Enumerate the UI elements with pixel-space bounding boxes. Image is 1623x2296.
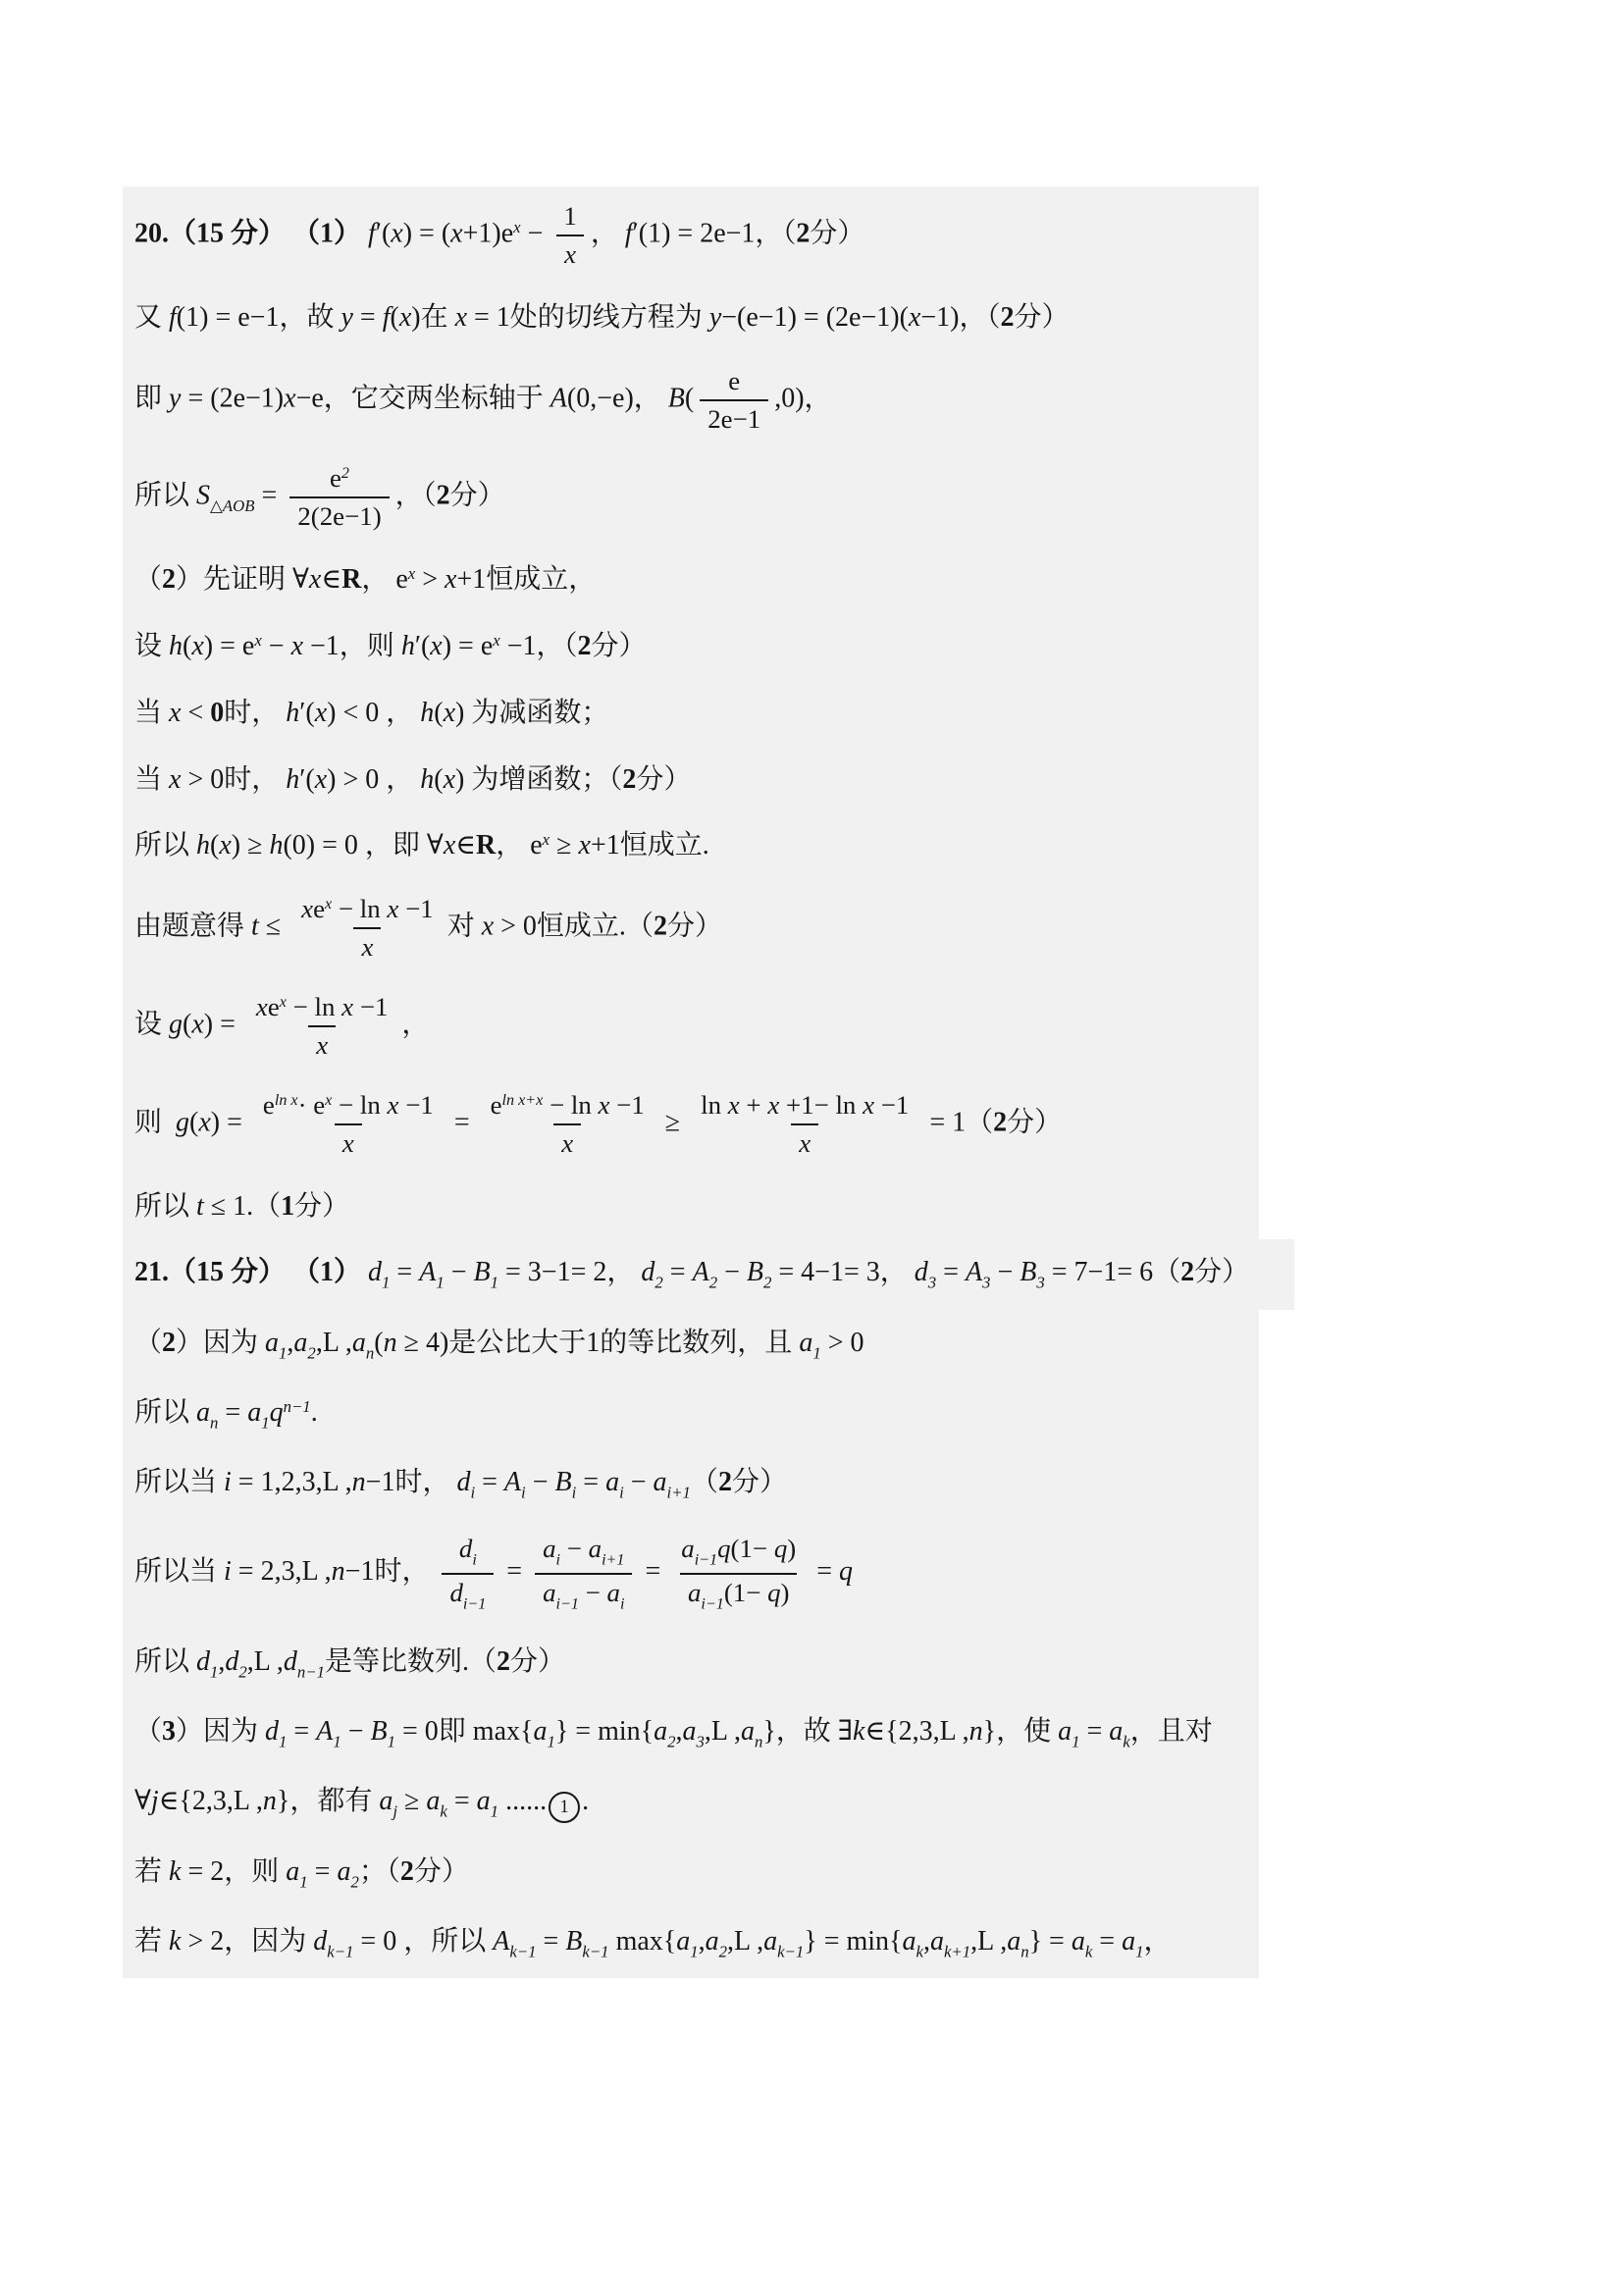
q21-part2-given: （2）因为 a1,a2,L ,an(n ≥ 4)是公比大于1的等比数列，且 a1… [123, 1310, 1259, 1380]
math-text: ,L , [316, 1328, 352, 1358]
math-text: n [352, 1467, 366, 1497]
math-text: a [930, 1926, 944, 1957]
math-text: x [493, 631, 499, 650]
math-text: j [151, 1786, 159, 1816]
math-text: 2 [400, 1856, 414, 1887]
math-text [661, 383, 668, 413]
math-text: 2 [718, 1467, 732, 1497]
math-text: x [767, 1090, 779, 1120]
math-text: （1） [292, 1257, 361, 1287]
math-text: ) 为增函数；（ [455, 764, 622, 795]
math-text: （ [134, 1716, 162, 1747]
math-text: 2 [622, 764, 636, 795]
math-text: t [251, 912, 259, 942]
math-text: 1 [261, 1413, 269, 1432]
math-text: B [747, 1257, 763, 1287]
math-text: ；（ [359, 1856, 400, 1887]
math-text: ( [390, 302, 398, 333]
math-text: a [533, 1716, 547, 1747]
math-text: ， [1143, 1926, 1171, 1957]
math-text: ≥ 4)是公比大于1的等比数列，且 [397, 1328, 800, 1358]
math-text: ( [685, 383, 694, 413]
math-text: a [1007, 1926, 1021, 1957]
math-text: − [521, 218, 550, 248]
math-text: x [342, 1128, 354, 1158]
math-text: ， e [496, 830, 542, 861]
math-text: 2 [796, 218, 810, 248]
math-text: = 4−1= 3， [771, 1257, 914, 1287]
math-text: ，且对 [1130, 1716, 1213, 1747]
math-text: a [654, 1716, 667, 1747]
math-text: . [582, 1786, 589, 1816]
math-text: > 2，因为 [181, 1926, 313, 1957]
math-text: B [565, 1926, 582, 1957]
math-text: − [624, 1467, 654, 1497]
math-text [361, 218, 368, 248]
math-text: ) 为减函数； [455, 698, 608, 728]
math-text: A [504, 1467, 521, 1497]
math-text: a [654, 1467, 667, 1497]
math-text: d [265, 1716, 279, 1747]
math-text: 1 [491, 1274, 498, 1292]
q20-h-minimum: 所以 h(x) ≥ h(0) = 0 ，即 ∀x∈R， ex ≥ x+1恒成立. [123, 812, 1259, 879]
math-text: a [589, 1534, 602, 1563]
math-text: ,L , [705, 1716, 741, 1747]
math-text: −1 [353, 992, 388, 1021]
math-text: A [493, 1926, 509, 1957]
math-text: )在 [411, 302, 454, 333]
math-text: ,L , [970, 1926, 1007, 1957]
math-text: A [316, 1716, 333, 1747]
q21-part3-setup: （3）因为 d1 = A1 − B1 = 0即 max{a1} = min{a2… [123, 1698, 1259, 1768]
math-text: 2 [350, 1872, 358, 1891]
math-text: (1− [724, 1578, 767, 1607]
math-text: ) = e [443, 631, 494, 661]
math-text: x [444, 764, 455, 795]
math-text: i+1 [667, 1484, 691, 1502]
math-text: = [447, 1107, 477, 1137]
math-text: 分） [294, 1191, 349, 1222]
math-text: − [526, 1467, 555, 1497]
math-text: f [625, 218, 633, 248]
math-text: g [176, 1107, 189, 1137]
math-text: 1 [491, 1802, 498, 1821]
math-text: 1 [690, 1942, 698, 1960]
math-text: 所以 [134, 481, 196, 511]
math-text: − [990, 1257, 1020, 1287]
math-text: 2 [1180, 1257, 1194, 1287]
math-text: q [717, 1534, 730, 1563]
fraction: didi−1 [442, 1534, 494, 1614]
math-text: x [455, 302, 467, 333]
math-text: 分） [667, 912, 722, 942]
math-text: 所以当 [134, 1557, 224, 1588]
math-text: x [444, 830, 455, 861]
math-text: − ln [332, 894, 387, 923]
math-text: k−1 [327, 1942, 353, 1960]
math-text: ′( [299, 764, 314, 795]
math-text: n [263, 1786, 277, 1816]
math-text: a [337, 1856, 350, 1887]
q20-header-part1: 20.（15 分） （1） f′(x) = (x+1)ex − 1x， f′(1… [123, 186, 1259, 285]
math-text: d [368, 1257, 382, 1287]
math-text: x [728, 1090, 740, 1120]
math-text: > 0恒成立.（ [494, 912, 654, 942]
math-text: ( [434, 764, 443, 795]
math-text: 2 [341, 466, 349, 483]
q21-geometric-conclusion: 所以 d1,d2,L ,dn−1是等比数列.（2分） [123, 1629, 1259, 1698]
math-text: max{ [609, 1926, 677, 1957]
math-text: 1 [436, 1274, 444, 1292]
math-text: ∈ [455, 830, 476, 861]
math-text: . [311, 1397, 318, 1428]
math-text: 2 [709, 1274, 717, 1292]
math-text: ， [401, 1009, 429, 1039]
math-text: k−1 [777, 1942, 804, 1960]
math-text: x [561, 1128, 573, 1158]
math-text: x [341, 992, 353, 1021]
fraction: ln x + x +1− ln x −1x [693, 1090, 916, 1159]
math-text: 是等比数列.（ [325, 1646, 497, 1677]
math-text: } = [1029, 1926, 1072, 1957]
math-text: n [332, 1557, 345, 1588]
math-text: = [499, 1557, 529, 1588]
q21-header-part1: 21.（15 分） （1） d1 = A1 − B1 = 3−1= 2， d2 … [123, 1239, 1294, 1309]
math-text: x [316, 1030, 328, 1060]
math-text: y [709, 302, 721, 333]
fraction: 1x [555, 201, 584, 270]
math-text: ) < 0 ， [327, 698, 420, 728]
circled-number: 1 [549, 1792, 580, 1823]
math-text: S [196, 481, 210, 511]
math-text: A [419, 1257, 436, 1287]
math-text: 1 [547, 1733, 554, 1751]
math-text: − [262, 631, 291, 661]
math-text: +1恒成立， [456, 564, 596, 595]
math-text: ,0)， [774, 383, 831, 413]
math-text: 分） [810, 218, 864, 248]
math-text: ∈{2,3,L , [864, 1716, 969, 1747]
math-text: = 1处的切线方程为 [467, 302, 709, 333]
math-text: x [256, 992, 268, 1021]
math-text: −1)，（ [920, 302, 1000, 333]
math-text: f [368, 218, 376, 248]
math-text: f [169, 302, 177, 333]
math-text: 所以当 [134, 1467, 224, 1497]
math-text: ≤ [259, 912, 288, 942]
math-text: ， e [361, 564, 407, 595]
math-text: = [353, 302, 383, 333]
math-text: k [916, 1942, 923, 1960]
math-text: 1 [1072, 1733, 1079, 1751]
math-text: 由题意得 [134, 912, 251, 942]
math-text: ) = ( [403, 218, 450, 248]
math-text: （1） [292, 218, 361, 248]
math-text: h [169, 631, 183, 661]
math-text: h [401, 631, 415, 661]
math-text: a [293, 1328, 307, 1358]
math-text: n [969, 1716, 983, 1747]
math-text: 1 [563, 201, 576, 231]
q20-tangent-line: 又 f(1) = e−1，故 y = f(x)在 x = 1处的切线方程为 y−… [123, 285, 1259, 351]
math-text: (1− [731, 1534, 774, 1563]
math-text: k [169, 1926, 181, 1957]
math-text: a [1109, 1716, 1123, 1747]
q20-g-bound-chain: 则 g(x) = eln x· ex − ln x −1x = eln x+x … [123, 1075, 1259, 1174]
fraction: xex − ln x −1x [293, 894, 442, 963]
math-text: 则 [134, 1107, 169, 1137]
math-text: B [1020, 1257, 1036, 1287]
math-text: k−1 [509, 1942, 536, 1960]
math-text: a [763, 1926, 777, 1957]
math-text: a [682, 1716, 696, 1747]
math-text: 分） [1007, 1107, 1062, 1137]
q20-intercepts: 即 y = (2e−1)x−e，它交两坐标轴于 A(0,−e)， B(e2e−1… [123, 351, 1259, 449]
math-text: +1)e [463, 218, 514, 248]
math-text: B [555, 1467, 572, 1497]
math-text: a [681, 1534, 694, 1563]
math-text: x [391, 218, 402, 248]
math-text: h [286, 764, 299, 795]
math-text: 20.（15 分） [134, 218, 286, 248]
math-text: k+1 [944, 1942, 970, 1960]
math-text: −1，则 [303, 631, 401, 661]
math-text: }，使 [983, 1716, 1058, 1747]
math-text: x [430, 631, 442, 661]
math-text: x [909, 302, 920, 333]
math-text: > [415, 564, 445, 595]
math-text: a [1058, 1716, 1072, 1747]
math-text: a [607, 1578, 620, 1607]
math-text: = [475, 1467, 504, 1497]
math-text: x [219, 830, 231, 861]
math-text: −1 [874, 1090, 909, 1120]
math-text: h [196, 830, 210, 861]
math-text: 2 [993, 1107, 1007, 1137]
math-text [361, 1257, 368, 1287]
math-text: ）因为 [176, 1328, 265, 1358]
math-text: ≤ 1.（ [204, 1191, 281, 1222]
math-text: −1 [398, 1090, 433, 1120]
math-text: 2 [497, 1646, 510, 1677]
math-text: A [693, 1257, 709, 1287]
math-text: x [599, 1090, 610, 1120]
fraction: ai−1q(1− q)ai−1(1− q) [673, 1534, 804, 1614]
math-text: x [388, 1090, 399, 1120]
math-text: 2 [307, 1343, 315, 1362]
math-text: e [491, 1090, 502, 1120]
math-text: = [447, 1786, 477, 1816]
q20-define-h: 设 h(x) = ex − x −1，则 h′(x) = ex −1，（2分） [123, 613, 1259, 680]
math-text: x [387, 894, 398, 923]
math-text: d [225, 1646, 238, 1677]
math-text: +1恒成立. [591, 830, 709, 861]
math-text: = [1092, 1926, 1122, 1957]
math-text: = [537, 1926, 566, 1957]
math-text: −1 [609, 1090, 644, 1120]
math-text: d [641, 1257, 654, 1287]
math-text: 所以 [134, 830, 196, 861]
math-text: = [810, 1557, 839, 1588]
math-text: ≥ [658, 1107, 687, 1137]
math-text: = [218, 1397, 247, 1428]
math-text: i−1 [695, 1552, 717, 1569]
math-text: 21.（15 分） [134, 1257, 286, 1287]
math-text: q [839, 1557, 853, 1588]
math-text: i [620, 1595, 624, 1612]
math-text: 1 [333, 1733, 340, 1751]
math-text: x [863, 1090, 874, 1120]
math-text: 当 [134, 698, 169, 728]
math-text: = [255, 481, 285, 511]
math-text: x [579, 830, 591, 861]
math-text: ∀ [134, 1786, 151, 1816]
math-text: q [767, 1578, 780, 1607]
fraction: e2e−1 [700, 366, 768, 435]
math-text: B [371, 1716, 388, 1747]
math-text: ,L , [247, 1646, 284, 1677]
math-text: 又 [134, 302, 169, 333]
math-text: 1 [281, 1191, 294, 1222]
math-text: 分） [592, 631, 647, 661]
math-text: i [224, 1557, 232, 1588]
math-text: ）先证明 ∀ [176, 564, 309, 595]
math-text: a [379, 1786, 393, 1816]
math-text: = [663, 1257, 693, 1287]
math-text: 1 [388, 1733, 395, 1751]
math-text: d [449, 1578, 462, 1607]
math-text: x [315, 764, 327, 795]
q20-part2-claim: （2）先证明 ∀x∈R， ex > x+1恒成立， [123, 547, 1259, 613]
math-text: = 0 ，所以 [353, 1926, 493, 1957]
math-text: a [426, 1786, 440, 1816]
math-text: a [265, 1328, 279, 1358]
math-text [618, 218, 625, 248]
math-text: 所以 [134, 1646, 196, 1677]
math-text: −e，它交两坐标轴于 [296, 383, 550, 413]
q20-define-g: 设 g(x) = xex − ln x −1x， [123, 977, 1259, 1075]
math-text: (1) = e−1，故 [177, 302, 341, 333]
math-text: x [799, 1128, 811, 1158]
math-text: 当 [134, 764, 169, 795]
math-text: n−1 [284, 1397, 311, 1416]
math-text: = 1（ [922, 1107, 993, 1137]
math-text: = [390, 1257, 419, 1287]
math-text: 分） [732, 1467, 787, 1497]
math-text: i−1 [463, 1595, 486, 1612]
math-text: }，都有 [277, 1786, 379, 1816]
math-text: 设 [134, 631, 169, 661]
math-text: i−1 [701, 1595, 723, 1612]
math-text: k [853, 1716, 864, 1747]
math-text: a [1072, 1926, 1085, 1957]
math-text: ,L , [727, 1926, 763, 1957]
math-text: d [284, 1646, 297, 1677]
math-text: ( [183, 631, 191, 661]
math-text: B [474, 1257, 491, 1287]
math-text: x [291, 631, 303, 661]
math-text: − ln [332, 1090, 387, 1120]
math-text: y [340, 302, 352, 333]
q21-d-formula: 所以当 i = 1,2,3,L ,n−1时， di = Ai − Bi = ai… [123, 1449, 1259, 1519]
math-text: d [313, 1926, 327, 1957]
math-text: a [676, 1926, 690, 1957]
fraction: eln x+x − ln x −1x [483, 1090, 653, 1159]
math-text: e [268, 992, 280, 1021]
math-text: ln x [275, 1092, 298, 1109]
math-text: i+1 [602, 1552, 624, 1569]
math-text [286, 1257, 292, 1287]
math-text: △AOB [210, 496, 255, 515]
math-text: 即 [134, 383, 169, 413]
math-text: = 2，则 [181, 1856, 286, 1887]
math-text: > 0 [821, 1328, 864, 1358]
math-text: ( [189, 1107, 198, 1137]
math-text: 2 [654, 1274, 662, 1292]
math-text: 3 [162, 1716, 176, 1747]
math-text: h [286, 698, 299, 728]
math-text: h [420, 764, 434, 795]
q21-case-k2: 若 k = 2，则 a1 = a2；（2分） [123, 1839, 1259, 1908]
math-text: n [1021, 1942, 1028, 1960]
math-text: ) [787, 1534, 796, 1563]
math-text: (0,−e)， [567, 383, 661, 413]
math-text: n [384, 1328, 397, 1358]
math-text: g [169, 1009, 183, 1039]
math-text: ) = [211, 1107, 249, 1137]
math-text: = 2,3,L , [232, 1557, 332, 1588]
math-text: ≥ [397, 1786, 426, 1816]
math-text: ln x+x [502, 1092, 544, 1109]
math-text: −(e−1) = (2e−1)( [721, 302, 909, 333]
math-text: a [543, 1534, 555, 1563]
math-text: 2 [719, 1942, 727, 1960]
math-text: = [936, 1257, 966, 1287]
math-text: 时， [224, 698, 286, 728]
math-text: h [269, 830, 283, 861]
math-text: 2 [162, 1328, 176, 1358]
math-text: x [309, 564, 321, 595]
math-text: 2 [162, 564, 176, 595]
math-text: ，（ [395, 481, 437, 511]
math-text [169, 1107, 176, 1137]
math-text: − [560, 1534, 589, 1563]
math-text: ln [701, 1090, 728, 1120]
math-text: x [191, 1009, 203, 1039]
math-text: x [450, 218, 462, 248]
math-text: = 7−1= 6（ [1045, 1257, 1180, 1287]
q20-conclusion: 所以 t ≤ 1.（1分） [123, 1174, 1259, 1240]
math-text: 2 [437, 481, 450, 511]
math-text: a [1122, 1926, 1135, 1957]
math-text: 分） [450, 481, 505, 511]
math-text: ∈{2,3,L , [159, 1786, 263, 1816]
math-text: = (2e−1) [181, 383, 284, 413]
q20-h-decreasing: 当 x < 0时， h′(x) < 0 ， h(x) 为减函数； [123, 680, 1259, 747]
fraction: xex − ln x −1x [248, 992, 396, 1061]
math-text: x [564, 239, 576, 269]
math-text: }，故 ∃ [762, 1716, 853, 1747]
math-text: − ln [287, 992, 341, 1021]
q21-ratio: 所以当 i = 2,3,L ,n−1时， didi−1 = ai − ai+1a… [123, 1519, 1259, 1629]
math-text: −1时， [345, 1557, 437, 1588]
math-text: d [915, 1257, 928, 1287]
math-text: ′(1) = 2e−1，（ [633, 218, 797, 248]
math-text: ( [374, 1328, 383, 1358]
math-text: +1− ln [779, 1090, 863, 1120]
math-text: ( [183, 1009, 191, 1039]
math-text: = 0即 max{ [395, 1716, 533, 1747]
